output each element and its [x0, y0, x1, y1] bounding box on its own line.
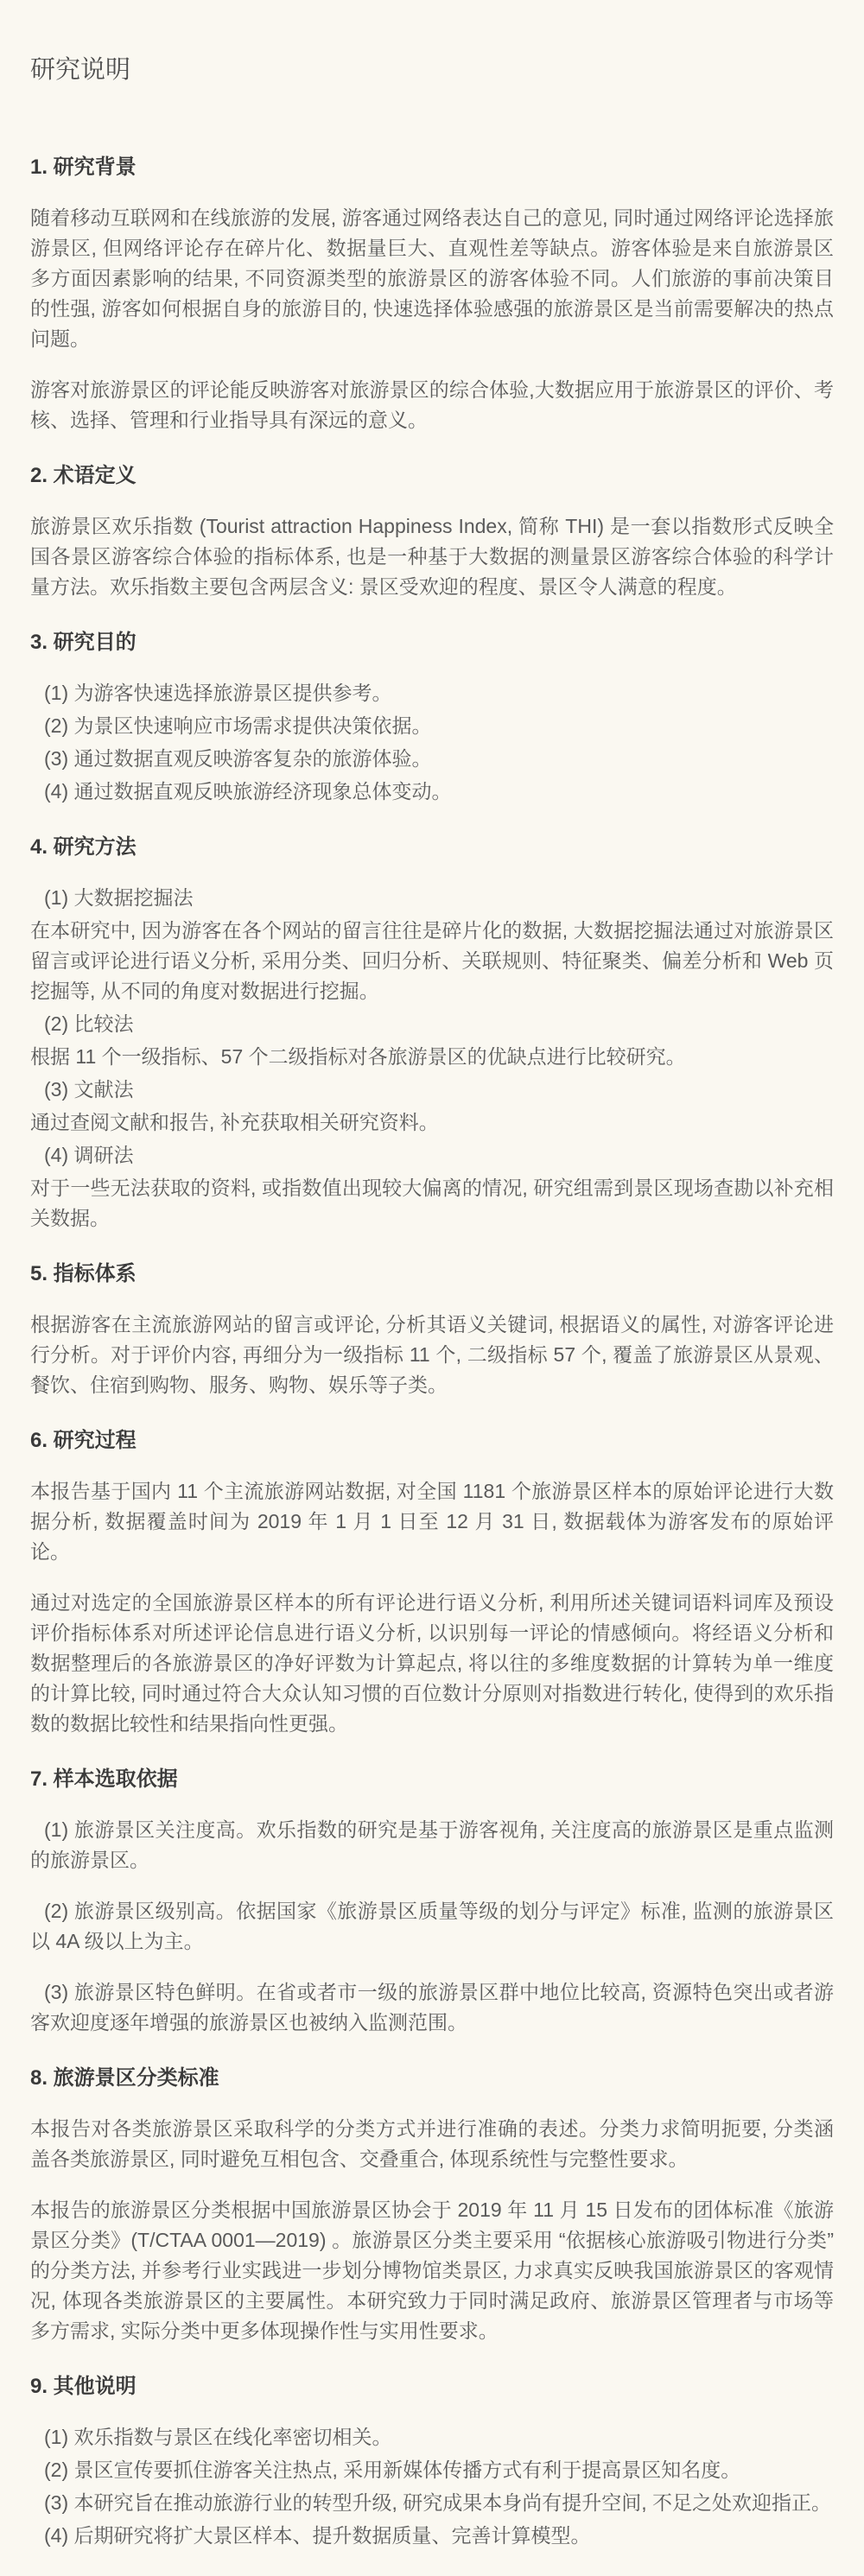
research-notes-page: { "page": { "title": "研究说明", "background…	[0, 0, 864, 2576]
list-item: (1) 为游客快速选择旅游景区提供参考。	[30, 678, 834, 708]
paragraph: 本报告的旅游景区分类根据中国旅游景区协会于 2019 年 11 月 15 日发布…	[30, 2195, 834, 2346]
section: 2. 术语定义旅游景区欢乐指数 (Tourist attraction Happ…	[30, 461, 834, 602]
section: 5. 指标体系根据游客在主流旅游网站的留言或评论, 分析其语义关键词, 根据语义…	[30, 1259, 834, 1400]
paragraph: 通过对选定的全国旅游景区样本的所有评论进行语义分析, 利用所述关键词语料词库及预…	[30, 1588, 834, 1739]
paragraph: 本报告对各类旅游景区采取科学的分类方式并进行准确的表述。分类力求简明扼要, 分类…	[30, 2114, 834, 2174]
section: 6. 研究过程本报告基于国内 11 个主流旅游网站数据, 对全国 1181 个旅…	[30, 1426, 834, 1739]
paragraph: 本报告基于国内 11 个主流旅游网站数据, 对全国 1181 个旅游景区样本的原…	[30, 1476, 834, 1567]
list-item: (1) 大数据挖掘法	[30, 883, 834, 913]
section: 1. 研究背景随着移动互联网和在线旅游的发展, 游客通过网络表达自己的意见, 同…	[30, 153, 834, 435]
list-item: (2) 景区宣传要抓住游客关注热点, 采用新媒体传播方式有利于提高景区知名度。	[30, 2455, 834, 2485]
paragraph: 随着移动互联网和在线旅游的发展, 游客通过网络表达自己的意见, 同时通过网络评论…	[30, 203, 834, 354]
list-item: (3) 本研究旨在推动旅游行业的转型升级, 研究成果本身尚有提升空间, 不足之处…	[30, 2488, 834, 2518]
section-heading: 1. 研究背景	[30, 153, 834, 182]
list-item: (2) 比较法	[30, 1009, 834, 1039]
paragraph: 旅游景区欢乐指数 (Tourist attraction Happiness I…	[30, 511, 834, 602]
list-item: (1) 旅游景区关注度高。欢乐指数的研究是基于游客视角, 关注度高的旅游景区是重…	[30, 1815, 834, 1875]
section-heading: 6. 研究过程	[30, 1426, 834, 1456]
paragraph: 根据游客在主流旅游网站的留言或评论, 分析其语义关键词, 根据语义的属性, 对游…	[30, 1310, 834, 1400]
section-heading: 8. 旅游景区分类标准	[30, 2064, 834, 2093]
section-heading: 4. 研究方法	[30, 833, 834, 862]
section-heading: 5. 指标体系	[30, 1259, 834, 1289]
list-item: (3) 通过数据直观反映游客复杂的旅游体验。	[30, 744, 834, 774]
section: 4. 研究方法(1) 大数据挖掘法在本研究中, 因为游客在各个网站的留言往往是碎…	[30, 833, 834, 1234]
section: 9. 其他说明(1) 欢乐指数与景区在线化率密切相关。(2) 景区宣传要抓住游客…	[30, 2372, 834, 2551]
paragraph: 根据 11 个一级指标、57 个二级指标对各旅游景区的优缺点进行比较研究。	[30, 1042, 834, 1072]
paragraph: 游客对旅游景区的评论能反映游客对旅游景区的综合体验,大数据应用于旅游景区的评价、…	[30, 375, 834, 435]
list-item: (3) 旅游景区特色鲜明。在省或者市一级的旅游景区群中地位比较高, 资源特色突出…	[30, 1977, 834, 2038]
paragraph: 对于一些无法获取的资料, 或指数值出现较大偏离的情况, 研究组需到景区现场查勘以…	[30, 1173, 834, 1234]
section-heading: 2. 术语定义	[30, 461, 834, 491]
list-item: (1) 欢乐指数与景区在线化率密切相关。	[30, 2422, 834, 2452]
paragraph: 通过查阅文献和报告, 补充获取相关研究资料。	[30, 1107, 834, 1138]
list-item: (2) 旅游景区级别高。依据国家《旅游景区质量等级的划分与评定》标准, 监测的旅…	[30, 1896, 834, 1957]
list-item: (4) 通过数据直观反映旅游经济现象总体变动。	[30, 777, 834, 807]
page-title: 研究说明	[30, 54, 834, 87]
paragraph: 在本研究中, 因为游客在各个网站的留言往往是碎片化的数据, 大数据挖掘法通过对旅…	[30, 916, 834, 1006]
list-item: (4) 后期研究将扩大景区样本、提升数据质量、完善计算模型。	[30, 2521, 834, 2551]
document-body: 1. 研究背景随着移动互联网和在线旅游的发展, 游客通过网络表达自己的意见, 同…	[30, 153, 834, 2551]
section-heading: 9. 其他说明	[30, 2372, 834, 2402]
section: 7. 样本选取依据(1) 旅游景区关注度高。欢乐指数的研究是基于游客视角, 关注…	[30, 1765, 834, 2038]
list-item: (2) 为景区快速响应市场需求提供决策依据。	[30, 711, 834, 741]
list-item: (4) 调研法	[30, 1140, 834, 1171]
document: 研究说明 1. 研究背景随着移动互联网和在线旅游的发展, 游客通过网络表达自己的…	[0, 0, 864, 2576]
section-heading: 7. 样本选取依据	[30, 1765, 834, 1794]
section: 3. 研究目的(1) 为游客快速选择旅游景区提供参考。(2) 为景区快速响应市场…	[30, 628, 834, 807]
section: 8. 旅游景区分类标准本报告对各类旅游景区采取科学的分类方式并进行准确的表述。分…	[30, 2064, 834, 2346]
list-item: (3) 文献法	[30, 1075, 834, 1105]
section-heading: 3. 研究目的	[30, 628, 834, 657]
